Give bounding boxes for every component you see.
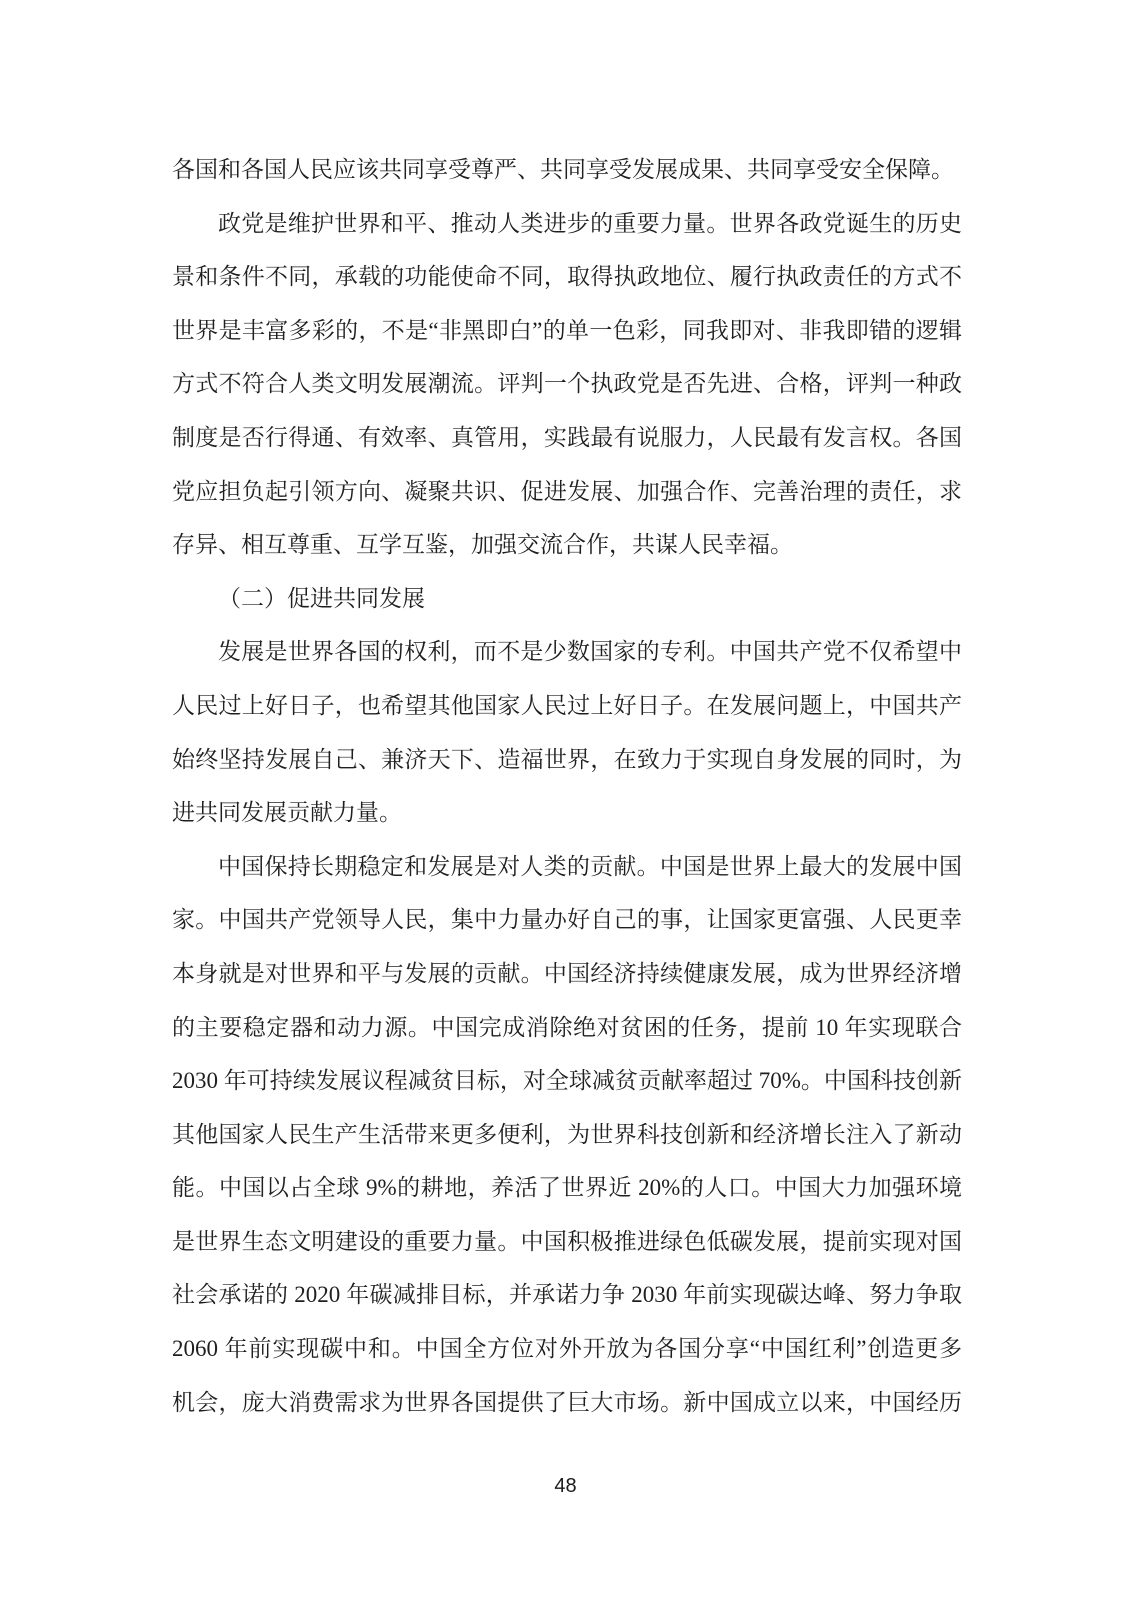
text-line: 能。中国以占全球 9%的耕地，养活了世界近 20%的人口。中国大力加强环境治理， (172, 1161, 962, 1215)
text-line: 政党是维护世界和平、推动人类进步的重要力量。世界各政党诞生的历史背 (172, 197, 962, 251)
text-line: 制度是否行得通、有效率、真管用，实践最有说服力，人民最有发言权。各国政 (172, 411, 962, 465)
text-line: 进共同发展贡献力量。 (172, 786, 962, 840)
text-line: 党应担负起引领方向、凝聚共识、促进发展、加强合作、完善治理的责任，求同 (172, 465, 962, 519)
text-line: 存异、相互尊重、互学互鉴，加强交流合作，共谋人民幸福。 (172, 518, 962, 572)
text-line: 其他国家人民生产生活带来更多便利，为世界科技创新和经济增长注入了新动 (172, 1108, 962, 1162)
text-line: 机会，庞大消费需求为世界各国提供了巨大市场。新中国成立以来，中国经历了 (172, 1376, 962, 1430)
document-page: 各国和各国人民应该共同享受尊严、共同享受发展成果、共同享受安全保障。政党是维护世… (0, 0, 1131, 1600)
text-line: 2060 年前实现碳中和。中国全方位对外开放为各国分享“中国红利”创造更多 (172, 1322, 962, 1376)
text-line: 人民过上好日子，也希望其他国家人民过上好日子。在发展问题上，中国共产党 (172, 679, 962, 733)
text-line: 始终坚持发展自己、兼济天下、造福世界，在致力于实现自身发展的同时，为促 (172, 733, 962, 787)
page-number: 48 (0, 1473, 1131, 1499)
text-line: 的主要稳定器和动力源。中国完成消除绝对贫困的任务，提前 10 年实现联合国 (172, 1001, 962, 1055)
text-line: 景和条件不同，承载的功能使命不同，取得执政地位、履行执政责任的方式不同。 (172, 250, 962, 304)
text-line: 中国保持长期稳定和发展是对人类的贡献。中国是世界上最大的发展中国 (172, 840, 962, 894)
text-block: 各国和各国人民应该共同享受尊严、共同享受发展成果、共同享受安全保障。政党是维护世… (172, 143, 962, 1429)
section-heading: （二）促进共同发展 (172, 572, 962, 626)
text-line: 家。中国共产党领导人民，集中力量办好自己的事，让国家更富强、人民更幸福， (172, 893, 962, 947)
text-line: 本身就是对世界和平与发展的贡献。中国经济持续健康发展，成为世界经济增长 (172, 947, 962, 1001)
text-line: 世界是丰富多彩的，不是“非黑即白”的单一色彩，同我即对、非我即错的逻辑 (172, 304, 962, 358)
text-line: 社会承诺的 2020 年碳减排目标，并承诺力争 2030 年前实现碳达峰、努力争… (172, 1268, 962, 1322)
text-line: 是世界生态文明建设的重要力量。中国积极推进绿色低碳发展，提前实现对国际 (172, 1215, 962, 1269)
text-line: 发展是世界各国的权利，而不是少数国家的专利。中国共产党不仅希望中国 (172, 625, 962, 679)
text-line: 各国和各国人民应该共同享受尊严、共同享受发展成果、共同享受安全保障。 (172, 143, 962, 197)
text-line: 2030 年可持续发展议程减贫目标，对全球减贫贡献率超过 70%。中国科技创新为 (172, 1054, 962, 1108)
text-line: 方式不符合人类文明发展潮流。评判一个执政党是否先进、合格，评判一种政治 (172, 357, 962, 411)
